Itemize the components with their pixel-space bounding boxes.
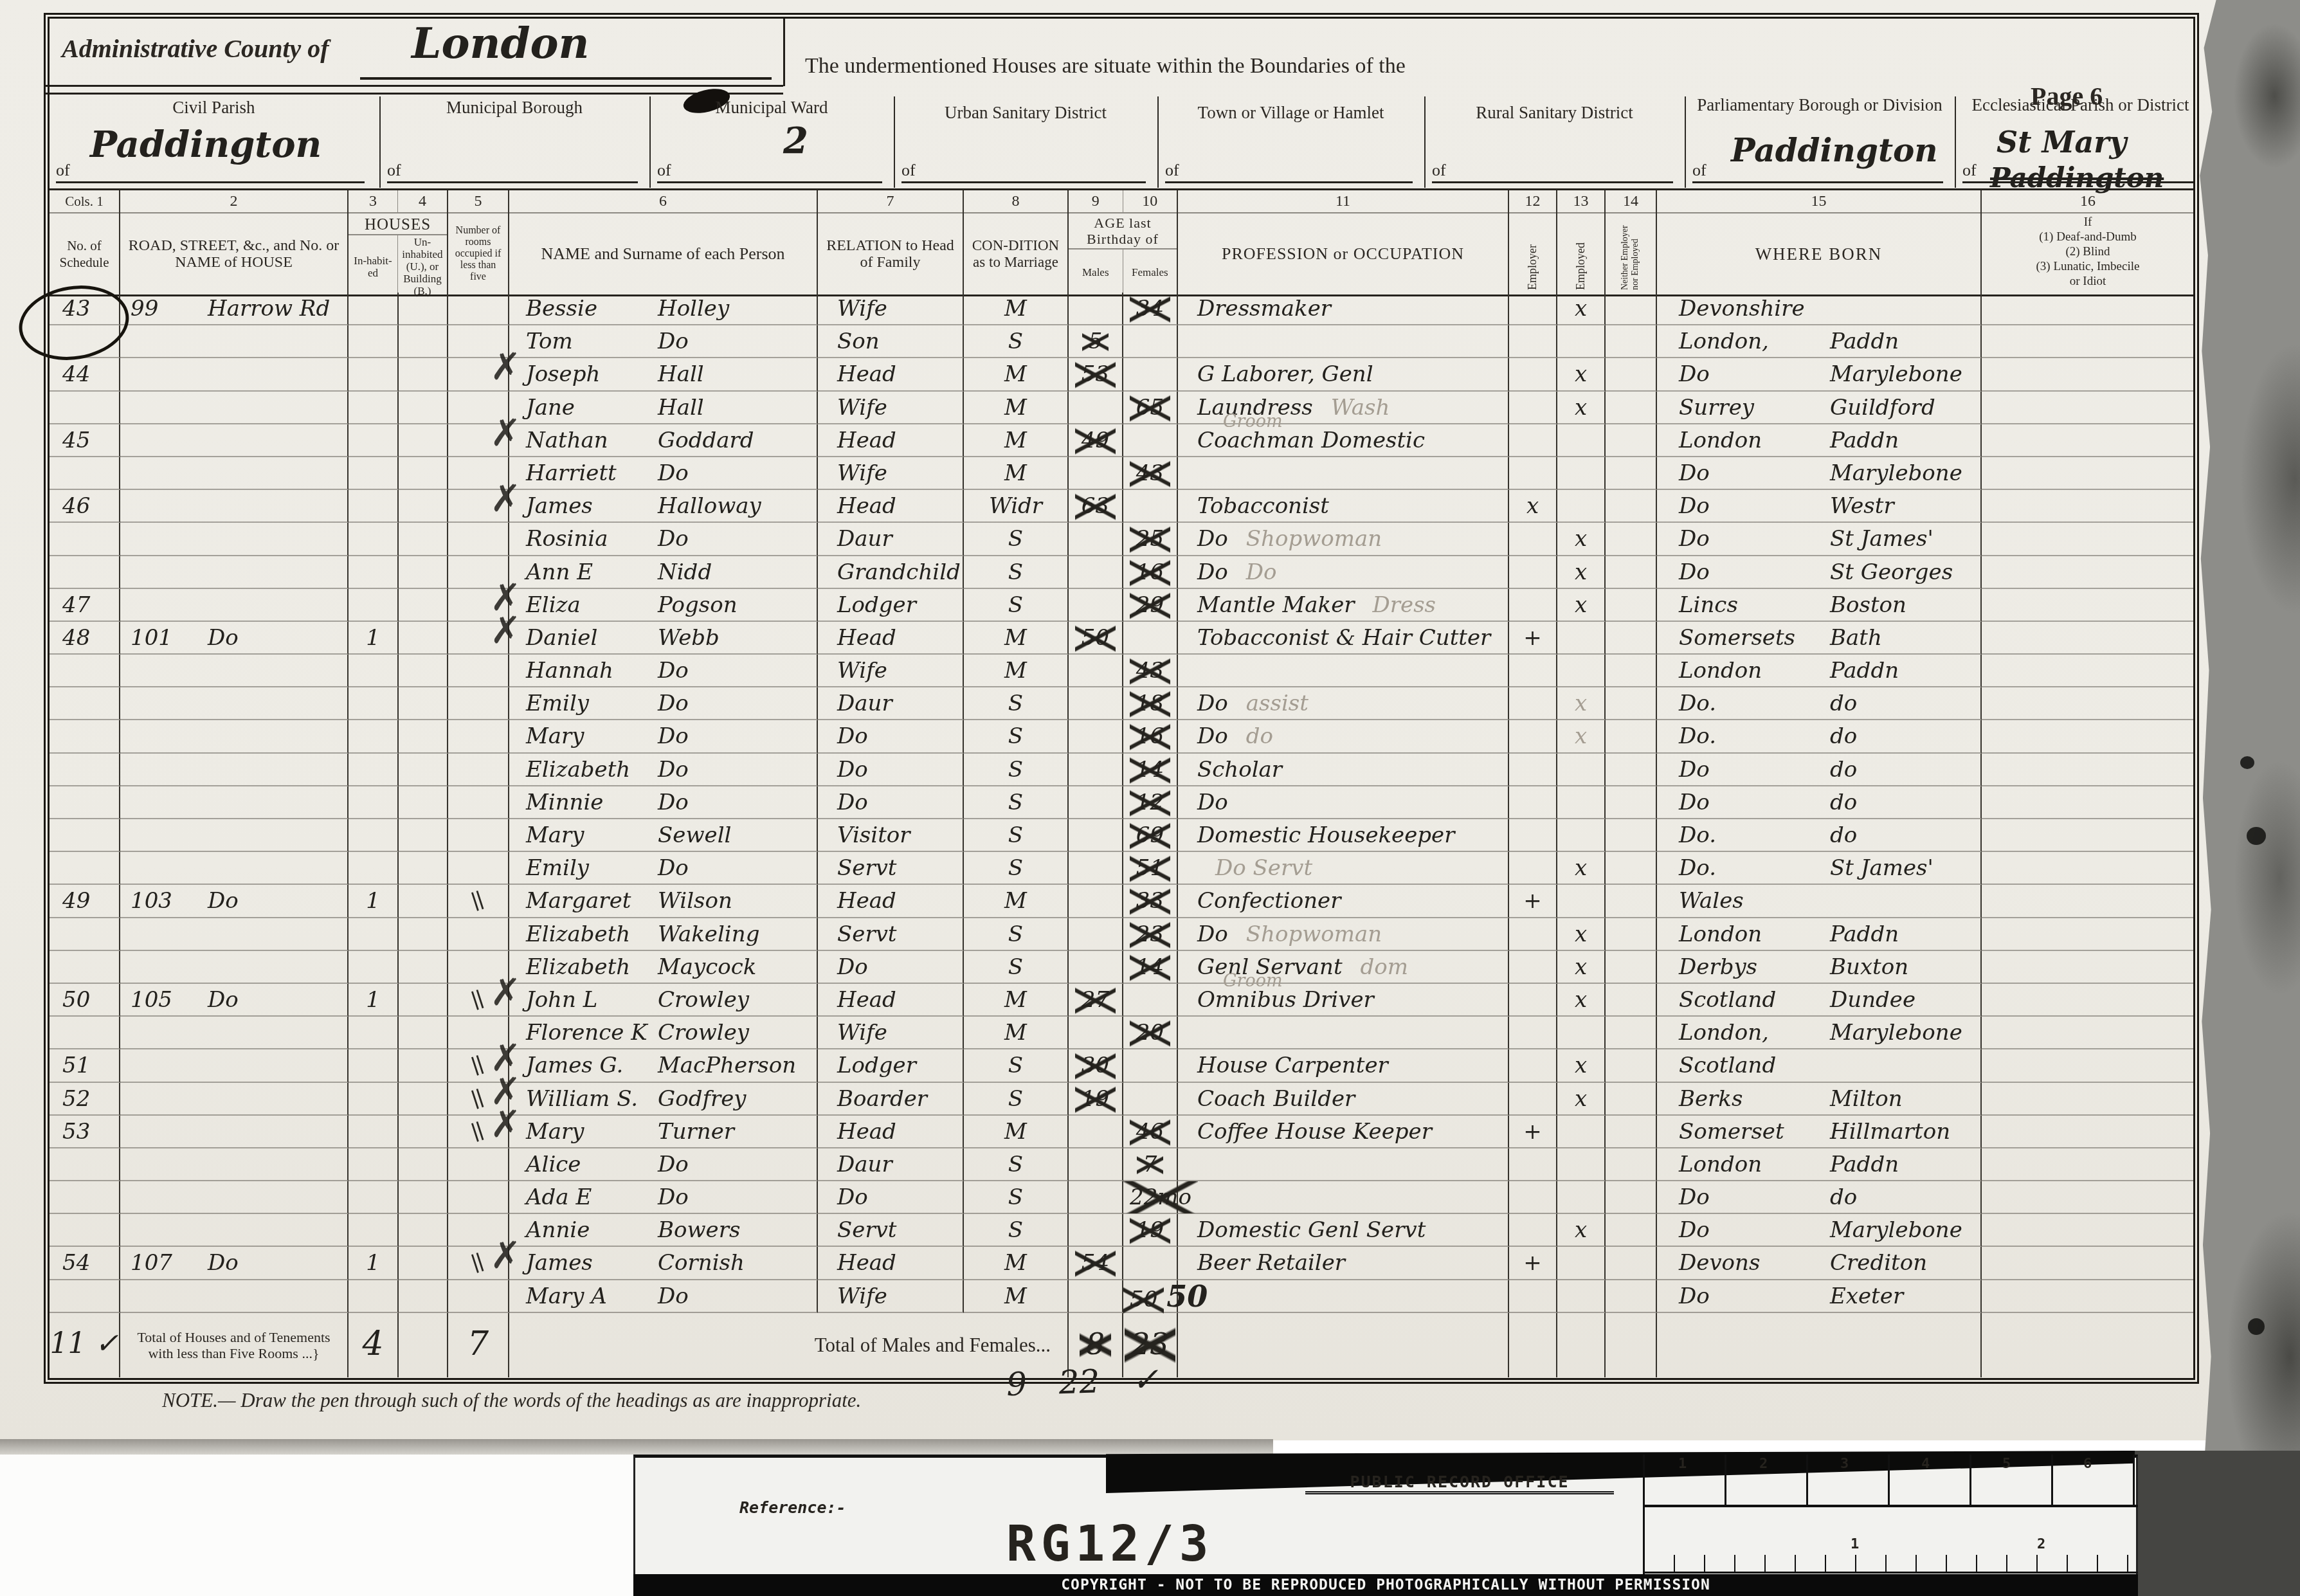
pro-office-title: PUBLIC RECORD OFFICE <box>1305 1473 1614 1494</box>
cell-infirmities <box>1982 655 2194 687</box>
cell-uninhabited <box>399 523 448 556</box>
cell-name: ✗ElizaPogson <box>509 589 818 622</box>
cell-schedule: 49 <box>50 885 120 918</box>
cell-neither <box>1606 1247 1657 1280</box>
cell-infirmities <box>1982 984 2194 1017</box>
rural-sanitary-label: Rural Sanitary District <box>1424 103 1685 123</box>
cell-uninhabited <box>399 325 448 358</box>
ruler: 1 2 3 4 5 6 1 2 <box>1643 1455 2138 1574</box>
cell-where-born: Dodo <box>1657 786 1982 819</box>
cell-relation: Head <box>818 1247 964 1280</box>
table-row: 51=✗James G.MacPhersonLodgerS30House Car… <box>50 1049 2194 1082</box>
cell-where-born: DoMarylebone <box>1657 1214 1982 1247</box>
cell-rooms: = <box>448 885 509 918</box>
cell-relation: Son <box>818 325 964 358</box>
cell-where-born: BerksMilton <box>1657 1083 1982 1116</box>
cell-neither <box>1606 984 1657 1017</box>
cell-schedule: 47 <box>50 589 120 622</box>
cell-inhabited <box>349 1116 399 1148</box>
cell-age-male <box>1069 293 1123 325</box>
cell-schedule: 43 <box>50 293 120 325</box>
cell-employer <box>1509 358 1557 391</box>
district-separator <box>1955 96 1956 188</box>
cell-condition: M <box>964 1247 1069 1280</box>
cell-where-born: DoSt James' <box>1657 523 1982 556</box>
cell-occupation: House Carpenter <box>1178 1049 1509 1082</box>
cell-where-born: Do.St James' <box>1657 852 1982 885</box>
cell-relation: Head <box>818 424 964 457</box>
cell-where-born: Do.do <box>1657 720 1982 753</box>
cell-infirmities <box>1982 918 2194 951</box>
cell-relation: Wife <box>818 655 964 687</box>
cell-name: Florence KCrowley <box>509 1017 818 1049</box>
cell-age-female: 25 <box>1123 523 1178 556</box>
cell-age-male: 27 <box>1069 984 1123 1017</box>
cell-road: 101Do <box>120 622 349 655</box>
cell-occupation: DoDo <box>1178 556 1509 589</box>
cell-age-male: 19 <box>1069 1083 1123 1116</box>
cell-name: ✗JamesCornish <box>509 1247 818 1280</box>
cell-employed <box>1557 819 1606 852</box>
cell-employed <box>1557 1247 1606 1280</box>
cell-employed: x <box>1557 1083 1606 1116</box>
cell-inhabited <box>349 325 399 358</box>
cell-schedule <box>50 392 120 424</box>
cell-employer <box>1509 589 1557 622</box>
admin-double-rule <box>45 85 783 95</box>
cell-inhabited <box>349 786 399 819</box>
cell-employed: x <box>1557 1214 1606 1247</box>
cell-infirmities <box>1982 457 2194 490</box>
cell-employer <box>1509 1083 1557 1116</box>
cell-age-male <box>1069 852 1123 885</box>
cell-road <box>120 1280 349 1313</box>
cell-employed: x <box>1557 392 1606 424</box>
torn-edge <box>2198 0 2300 1596</box>
cell-where-born: Dodo <box>1657 1181 1982 1214</box>
cell-schedule: 51 <box>50 1049 120 1082</box>
cell-rooms <box>448 1148 509 1181</box>
cell-schedule <box>50 1214 120 1247</box>
cell-condition: M <box>964 392 1069 424</box>
cell-age-female: 43 <box>1123 655 1178 687</box>
totals-inhabited: 4 <box>349 1313 399 1377</box>
cell-condition: S <box>964 1181 1069 1214</box>
colhead-where-born: 15 WHERE BORN <box>1657 190 1982 295</box>
cell-occupation <box>1178 1280 1509 1313</box>
cell-age-female <box>1123 1049 1178 1082</box>
cell-infirmities <box>1982 392 2194 424</box>
scan-speck <box>2247 827 2266 845</box>
pro-copyright-bar: COPYRIGHT - NOT TO BE REPRODUCED PHOTOGR… <box>633 1574 2138 1596</box>
cell-infirmities <box>1982 325 2194 358</box>
cell-age-female: 69 <box>1123 819 1178 852</box>
cross-mark: ✗ <box>490 976 521 1008</box>
cell-inhabited <box>349 655 399 687</box>
cell-where-born: Wales <box>1657 885 1982 918</box>
cell-road <box>120 1181 349 1214</box>
cell-employer <box>1509 424 1557 457</box>
cell-inhabited <box>349 556 399 589</box>
cell-road <box>120 786 349 819</box>
cell-schedule: 54 <box>50 1247 120 1280</box>
cell-uninhabited <box>399 1116 448 1148</box>
cell-age-male <box>1069 819 1123 852</box>
cell-where-born: DoExeter <box>1657 1280 1982 1313</box>
cross-mark: ✗ <box>490 614 521 646</box>
cell-neither <box>1606 951 1657 984</box>
cell-condition: S <box>964 687 1069 720</box>
cell-neither <box>1606 720 1657 753</box>
cell-neither <box>1606 358 1657 391</box>
cell-age-female: 33 <box>1123 885 1178 918</box>
cell-neither <box>1606 786 1657 819</box>
cell-where-born: LondonPaddn <box>1657 918 1982 951</box>
cell-employed: x <box>1557 852 1606 885</box>
table-row: TomDoSonS5London,Paddn <box>50 325 2194 358</box>
district-separator <box>1685 96 1686 188</box>
cell-condition: S <box>964 720 1069 753</box>
cross-mark: ✗ <box>490 1239 521 1271</box>
cell-schedule: 46 <box>50 490 120 523</box>
cell-employed: x <box>1557 358 1606 391</box>
cell-occupation: Dressmaker <box>1178 293 1509 325</box>
colhead-relation: 7 RELATION to Head of Family <box>818 190 964 295</box>
cell-employed: x <box>1557 556 1606 589</box>
cell-infirmities <box>1982 754 2194 786</box>
cell-uninhabited <box>399 457 448 490</box>
cell-inhabited <box>349 1017 399 1049</box>
cell-inhabited <box>349 358 399 391</box>
cell-road <box>120 589 349 622</box>
cross-mark: ✗ <box>490 482 521 514</box>
cell-uninhabited <box>399 358 448 391</box>
cell-neither <box>1606 885 1657 918</box>
cell-employed <box>1557 457 1606 490</box>
cell-relation: Head <box>818 490 964 523</box>
cell-uninhabited <box>399 885 448 918</box>
cell-neither <box>1606 1017 1657 1049</box>
table-row: MarySewellVisitorS69Domestic Housekeeper… <box>50 819 2194 852</box>
cell-age-female: 65 <box>1123 392 1178 424</box>
ruler-cm-scale: 1 2 3 4 5 6 <box>1645 1455 2138 1507</box>
cell-neither <box>1606 852 1657 885</box>
cell-where-born: LondonPaddn <box>1657 424 1982 457</box>
cell-relation: Wife <box>818 1280 964 1313</box>
colhead-employed: 13 Employed <box>1557 190 1606 295</box>
parliamentary-borough-label: Parliamentary Borough or Division <box>1694 95 1945 115</box>
cell-schedule <box>50 852 120 885</box>
cell-relation: Boarder <box>818 1083 964 1116</box>
cell-schedule <box>50 754 120 786</box>
cell-age-female <box>1123 424 1178 457</box>
cell-rooms <box>448 786 509 819</box>
corrected-totals: 9 22 ✓ <box>1006 1361 1159 1403</box>
table-row: MaryDoDoS16DodoxDo.do <box>50 720 2194 753</box>
cell-employed <box>1557 622 1606 655</box>
cell-condition: M <box>964 293 1069 325</box>
pencil-annotation: Do <box>1246 559 1277 585</box>
cell-uninhabited <box>399 754 448 786</box>
cell-occupation: Coach Builder <box>1178 1083 1509 1116</box>
cell-uninhabited <box>399 1049 448 1082</box>
cell-neither <box>1606 622 1657 655</box>
cell-age-male: 50 <box>1069 622 1123 655</box>
cell-relation: Daur <box>818 523 964 556</box>
cell-road <box>120 1017 349 1049</box>
cell-age-female: 46 <box>1123 1116 1178 1148</box>
cell-employed <box>1557 1181 1606 1214</box>
colhead-schedule: Cols. 1 No. of Schedule <box>50 190 120 295</box>
table-row: 53=✗MaryTurnerHeadM46Coffee House Keeper… <box>50 1116 2194 1148</box>
cell-relation: Wife <box>818 293 964 325</box>
cell-where-born: DoSt Georges <box>1657 556 1982 589</box>
cell-employer <box>1509 754 1557 786</box>
cell-where-born: SomersetHillmarton <box>1657 1116 1982 1148</box>
cell-age-male <box>1069 1181 1123 1214</box>
cell-where-born: SurreyGuildford <box>1657 392 1982 424</box>
cell-rooms <box>448 754 509 786</box>
cell-age-female: 12 <box>1123 786 1178 819</box>
cell-relation: Head <box>818 885 964 918</box>
cell-age-male <box>1069 655 1123 687</box>
cell-where-born: LondonPaddn <box>1657 655 1982 687</box>
cell-infirmities <box>1982 1116 2194 1148</box>
footer-note: NOTE.— Draw the pen through such of the … <box>162 1389 861 1412</box>
totals-houses-label: Total of Houses and of Tenements with le… <box>120 1313 349 1377</box>
cell-age-female: 7 <box>1123 1148 1178 1181</box>
cell-infirmities <box>1982 1214 2194 1247</box>
cell-occupation <box>1178 1181 1509 1214</box>
cell-where-born: LondonPaddn <box>1657 1148 1982 1181</box>
cell-age-female: 51 <box>1123 852 1178 885</box>
cell-name: MarySewell <box>509 819 818 852</box>
cell-rooms <box>448 1181 509 1214</box>
cell-road <box>120 720 349 753</box>
pro-reference-number: RG12/3 <box>1006 1515 1214 1572</box>
cell-name: ✗William S.Godfrey <box>509 1083 818 1116</box>
cell-neither <box>1606 1083 1657 1116</box>
cell-employer <box>1509 1181 1557 1214</box>
scan-speck <box>2240 756 2254 769</box>
cell-inhabited <box>349 819 399 852</box>
cell-uninhabited <box>399 852 448 885</box>
cell-infirmities <box>1982 819 2194 852</box>
cell-occupation: G Laborer, Genl <box>1178 358 1509 391</box>
cell-employer <box>1509 786 1557 819</box>
cell-uninhabited <box>399 424 448 457</box>
table-row: 48101Do1✗DanielWebbHeadM50Tobacconist & … <box>50 622 2194 655</box>
cell-infirmities <box>1982 720 2194 753</box>
cell-age-male <box>1069 1214 1123 1247</box>
table-row: 46✗JamesHallowayHeadWidr63TobacconistxDo… <box>50 490 2194 523</box>
cell-name: ElizabethWakeling <box>509 918 818 951</box>
cell-employer <box>1509 655 1557 687</box>
cell-employed <box>1557 325 1606 358</box>
cell-infirmities <box>1982 424 2194 457</box>
cell-employer: + <box>1509 1247 1557 1280</box>
cell-road <box>120 655 349 687</box>
cell-employer <box>1509 918 1557 951</box>
civil-parish-label: Civil Parish <box>48 98 379 118</box>
cell-condition: M <box>964 424 1069 457</box>
cell-name: ElizabethMaycock <box>509 951 818 984</box>
colhead-houses: 34 HOUSES In-habit-edUn-inhabited (U.), … <box>349 190 448 295</box>
cell-name: Ada EDo <box>509 1181 818 1214</box>
municipal-ward-value: 2 <box>783 120 808 162</box>
cell-neither <box>1606 424 1657 457</box>
cell-occupation: Mantle MakerDress <box>1178 589 1509 622</box>
cell-schedule: 50 <box>50 984 120 1017</box>
cell-road <box>120 457 349 490</box>
census-scan-page: Administrative County of London The unde… <box>0 0 2300 1596</box>
cell-inhabited <box>349 392 399 424</box>
cell-condition: S <box>964 852 1069 885</box>
scan-speck <box>2248 1318 2265 1335</box>
cell-age-female <box>1123 490 1178 523</box>
cell-condition: M <box>964 984 1069 1017</box>
cell-occupation <box>1178 457 1509 490</box>
of-line: of <box>1432 158 1673 183</box>
colhead-neither: 14 Neither Employer nor Employed <box>1606 190 1657 295</box>
cell-uninhabited <box>399 786 448 819</box>
pencil-annotation: Groom <box>1223 972 1283 990</box>
cell-infirmities <box>1982 786 2194 819</box>
pencil-annotation: Groom <box>1223 413 1283 430</box>
cell-condition: S <box>964 1049 1069 1082</box>
cell-occupation: Doassist <box>1178 687 1509 720</box>
cell-neither <box>1606 490 1657 523</box>
cell-occupation: Dodo <box>1178 720 1509 753</box>
table-row: HannahDoWifeM43LondonPaddn <box>50 655 2194 687</box>
pencil-annotation: do <box>1246 723 1273 749</box>
cell-neither <box>1606 523 1657 556</box>
header-divider <box>783 18 785 86</box>
column-headers: Cols. 1 No. of Schedule 2 ROAD, STREET, … <box>50 188 2194 296</box>
table-row: AliceDoDaurS7LondonPaddn <box>50 1148 2194 1181</box>
cell-neither <box>1606 1049 1657 1082</box>
cell-inhabited <box>349 457 399 490</box>
cell-schedule <box>50 687 120 720</box>
cell-name: HarriettDo <box>509 457 818 490</box>
town-village-label: Town or Village or Hamlet <box>1157 103 1424 123</box>
cell-condition: Widr <box>964 490 1069 523</box>
cell-condition: S <box>964 951 1069 984</box>
of-line: of <box>901 158 1146 183</box>
cross-mark: ✗ <box>490 350 521 383</box>
scan-margin <box>0 1455 637 1596</box>
of-line: of <box>1165 158 1413 183</box>
cell-uninhabited <box>399 622 448 655</box>
cell-rooms <box>448 1280 509 1313</box>
cell-name: MaryDo <box>509 720 818 753</box>
cell-road <box>120 1214 349 1247</box>
totals-spacer <box>1178 1313 1509 1377</box>
cell-inhabited <box>349 293 399 325</box>
cell-relation: Do <box>818 1181 964 1214</box>
cell-name: ✗MaryTurner <box>509 1116 818 1148</box>
cell-name: ✗DanielWebb <box>509 622 818 655</box>
cell-schedule <box>50 556 120 589</box>
table-row: AnnieBowersServtS19Domestic Genl ServtxD… <box>50 1214 2194 1247</box>
cell-uninhabited <box>399 819 448 852</box>
cell-neither <box>1606 293 1657 325</box>
cell-age-female: 22mo <box>1123 1181 1178 1214</box>
ecclesiastical-parish-value: St Mary <box>1997 125 2126 159</box>
cell-age-female: 16 <box>1123 556 1178 589</box>
cell-condition: S <box>964 786 1069 819</box>
cell-infirmities <box>1982 687 2194 720</box>
cell-road <box>120 490 349 523</box>
municipal-borough-label: Municipal Borough <box>379 98 649 118</box>
cell-rooms <box>448 523 509 556</box>
cell-employer <box>1509 325 1557 358</box>
cell-infirmities <box>1982 490 2194 523</box>
cell-where-born: Do.do <box>1657 819 1982 852</box>
cell-infirmities <box>1982 1148 2194 1181</box>
cell-road: 103Do <box>120 885 349 918</box>
cell-employer <box>1509 1017 1557 1049</box>
cell-road <box>120 424 349 457</box>
cell-schedule: 53 <box>50 1116 120 1148</box>
cell-road <box>120 1116 349 1148</box>
cell-name: Ann ENidd <box>509 556 818 589</box>
cell-name: BessieHolley <box>509 293 818 325</box>
cell-employed <box>1557 1017 1606 1049</box>
cell-age-male <box>1069 556 1123 589</box>
cell-employed <box>1557 786 1606 819</box>
cell-schedule: 52 <box>50 1083 120 1116</box>
cell-employed: x <box>1557 687 1606 720</box>
cell-infirmities <box>1982 1181 2194 1214</box>
cell-occupation: DoShopwoman <box>1178 918 1509 951</box>
cell-uninhabited <box>399 720 448 753</box>
cell-infirmities <box>1982 556 2194 589</box>
table-row: 44✗JosephHallHeadM53G Laborer, GenlxDoMa… <box>50 358 2194 391</box>
cell-employer <box>1509 523 1557 556</box>
cell-name: ✗NathanGoddard <box>509 424 818 457</box>
cell-employer <box>1509 951 1557 984</box>
cell-where-born: London,Paddn <box>1657 325 1982 358</box>
cell-name: ✗James G.MacPherson <box>509 1049 818 1082</box>
pencil-annotation: Shopwoman <box>1246 526 1382 552</box>
cell-inhabited <box>349 589 399 622</box>
colhead-road: 2 ROAD, STREET, &c., and No. or NAME of … <box>120 190 349 295</box>
cell-infirmities <box>1982 885 2194 918</box>
cell-schedule <box>50 523 120 556</box>
cell-neither <box>1606 918 1657 951</box>
pro-reference-label: Reference:- <box>739 1498 846 1517</box>
table-row: 4399Harrow RdBessieHolleyWifeM34Dressmak… <box>50 293 2194 325</box>
ruler-inch-scale: 1 2 <box>1645 1507 2138 1573</box>
cell-age-male <box>1069 786 1123 819</box>
table-row: Mary ADoWifeM5050DoExeter <box>50 1280 2194 1313</box>
cell-name: RosiniaDo <box>509 523 818 556</box>
cell-inhabited <box>349 1083 399 1116</box>
cell-condition: S <box>964 1083 1069 1116</box>
table-row: ElizabethDoDoS14ScholarDodo <box>50 754 2194 786</box>
cell-age-female <box>1123 325 1178 358</box>
cell-infirmities <box>1982 951 2194 984</box>
cell-employed: x <box>1557 951 1606 984</box>
cell-employer <box>1509 556 1557 589</box>
cell-infirmities <box>1982 589 2194 622</box>
cell-relation: Daur <box>818 1148 964 1181</box>
cell-where-born: ScotlandDundee <box>1657 984 1982 1017</box>
cell-neither <box>1606 754 1657 786</box>
cell-condition: S <box>964 523 1069 556</box>
cell-employed <box>1557 424 1606 457</box>
